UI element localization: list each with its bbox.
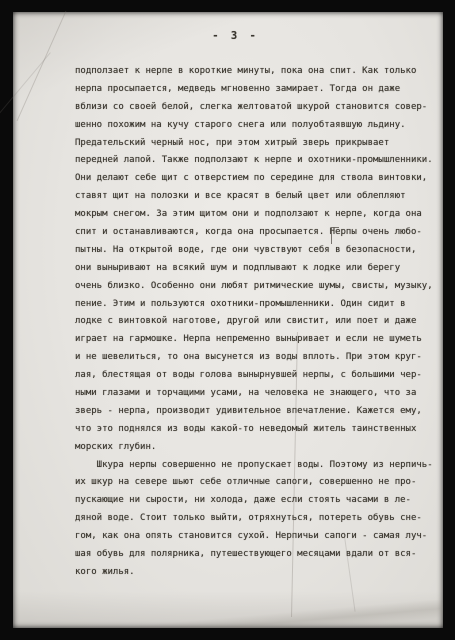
text-line: и не шевелиться, то она высунется из вод… [75,349,441,367]
paper-crease-top-left-2 [0,52,51,122]
text-line: мокрым снегом. За этим щитом они и подпо… [75,206,441,224]
text-line: Предательский черный нос, при этом хитры… [75,135,441,153]
document-page: - 3 - подползает к нерпе в короткие мину… [13,12,443,628]
pencil-paragraph-mark [331,227,339,244]
text-line: гом, как она опять становится сухой. Нер… [75,528,441,546]
text-line: подползает к нерпе в короткие минуты, по… [75,63,441,81]
text-line: лодке с винтовкой наготове, другой или с… [75,313,441,331]
text-line: ными глазами и торчащими усами, на челов… [75,385,441,403]
scan-background: - 3 - подползает к нерпе в короткие мину… [0,0,455,640]
text-line: пускающие ни сырости, ни холода, даже ес… [75,492,441,510]
paper-crease-bottom [13,600,443,628]
body-text: подползает к нерпе в короткие минуты, по… [75,63,441,582]
text-line: дяной воде. Стоит только выйти, отряхнут… [75,510,441,528]
text-line: кого жилья. [75,564,441,582]
paper-crease-top-left [17,11,67,121]
text-line: Они делают себе щит с отверстием по сере… [75,170,441,188]
text-line: их шкур на севере шьют себе отличные сап… [75,474,441,492]
text-line: нерпа просыпается, медведь мгновенно зам… [75,81,441,99]
text-line: они выныривают на всякий шум и подплываю… [75,260,441,278]
text-line: пение. Этим и пользуются охотники-промыш… [75,296,441,314]
text-line: передней лапой. Также подползают к нерпе… [75,152,441,170]
text-line: зверь - нерпа, производит удивительное в… [75,403,441,421]
text-line: шая обувь для полярника, путешествующего… [75,546,441,564]
text-line: спит и останавливаются, когда она просып… [75,224,441,242]
text-line: пытны. На открытой воде, где они чувству… [75,242,441,260]
page-number: - 3 - [13,30,443,42]
text-line: ставят щит на полозки и все красят в бел… [75,188,441,206]
text-line: играет на гармошке. Нерпа непременно вын… [75,331,441,349]
text-line: что это поднялся из воды какой-то неведо… [75,421,441,439]
text-line: Шкура нерпы совершенно не пропускает вод… [75,457,441,475]
text-line: очень близко. Особенно они любят ритмиче… [75,278,441,296]
text-line: шенно похожим на кучу старого снега или … [75,117,441,135]
text-line: вблизи со своей белой, слегка желтоватой… [75,99,441,117]
text-line: лая, блестящая от воды голова вынырнувше… [75,367,441,385]
text-line: морских глубин. [75,439,441,457]
